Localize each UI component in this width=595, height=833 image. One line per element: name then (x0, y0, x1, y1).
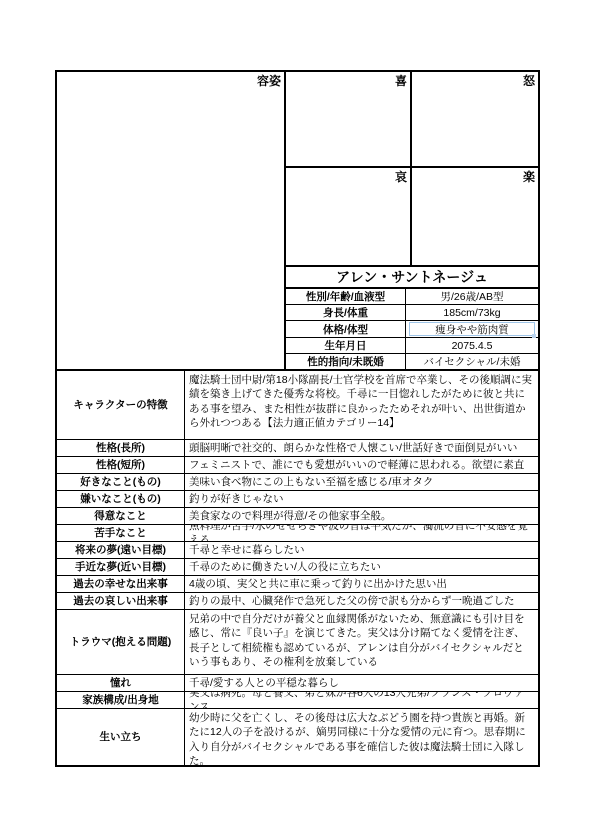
emotion-label-fun: 楽 (523, 168, 535, 185)
detail-value: 美食家なので料理が得意/その他家事全般。 (185, 508, 538, 524)
detail-row-good-at: 得意なこと 美食家なので料理が得意/その他家事全般。 (57, 508, 538, 525)
detail-row-features: キャラクターの特徴 魔法騎士団中尉/第18小隊副長/士官学校を首席で卒業し、その… (57, 371, 538, 440)
profile-label: 生年月日 (286, 338, 406, 353)
detail-row-near-dream: 手近な夢(近い目標) 千尋のために働きたい/人の役に立ちたい (57, 559, 538, 576)
detail-row-trauma: トラウマ(抱える問題) 兄弟の中で自分だけが養父と血縁関係がないため、無意識にも… (57, 610, 538, 675)
detail-label: 憧れ (57, 675, 185, 691)
field-handle (532, 334, 536, 338)
detail-row-dislikes: 嫌いなこと(もの) 釣りが好きじゃない (57, 491, 538, 508)
detail-label: 嫌いなこと(もの) (57, 491, 185, 507)
detail-value: フェミニストで、誰にでも愛想がいいので軽薄に思われる。欲望に素直 (185, 457, 538, 473)
detail-value: 兄弟の中で自分だけが養父と血縁関係がないため、無意識にも引け目を感じ、常に『良い… (185, 610, 538, 674)
emotion-grid: 喜 怒 哀 楽 (286, 72, 538, 267)
emotion-label-sorrow: 哀 (395, 168, 407, 185)
profile-label: 体格/体型 (286, 321, 406, 337)
detail-value: 千尋と幸せに暮らしたい (185, 542, 538, 558)
detail-label: 過去の幸せな出来事 (57, 576, 185, 592)
profile-row-build: 体格/体型 痩身やや筋肉質 (286, 321, 538, 338)
emotion-box-sorrow: 哀 (286, 168, 412, 267)
character-sheet: 容姿 喜 怒 哀 楽 アレン・サントネージュ 性別/年齢/血液型 (55, 70, 540, 767)
top-right-column: 喜 怒 哀 楽 アレン・サントネージュ 性別/年齢/血液型 男/26歳/AB型 (286, 72, 538, 369)
detail-label: 好きなこと(もの) (57, 474, 185, 490)
detail-label: 得意なこと (57, 508, 185, 524)
detail-value: 幼少時に父を亡くし、その後母は広大なぶどう園を持つ貴族と再婚。新たに12人の子を… (185, 709, 538, 765)
detail-label: 苦手なこと (57, 525, 185, 541)
profile-value: バイセクシャル/未婚 (406, 354, 538, 369)
profile-label: 身長/体重 (286, 305, 406, 320)
detail-label: 生い立ち (57, 709, 185, 765)
detail-label: 過去の哀しい出来事 (57, 593, 185, 609)
detail-value: 魚料理が苦手/水のせせらぎや波の音は平気だが、濁流の音に不安感を覚える (185, 525, 538, 541)
detail-value: 千尋のために働きたい/人の役に立ちたい (185, 559, 538, 575)
detail-value: 千尋/愛する人との平穏な暮らし (185, 675, 538, 691)
profile-row-birthday: 生年月日 2075.4.5 (286, 338, 538, 354)
profile-row-height-weight: 身長/体重 185cm/73kg (286, 305, 538, 321)
detail-label: 将来の夢(遠い目標) (57, 542, 185, 558)
detail-label: キャラクターの特徴 (57, 371, 185, 439)
emotion-label-joy: 喜 (395, 72, 407, 89)
profile-row-orientation: 性的指向/未既婚 バイセクシャル/未婚 (286, 354, 538, 369)
detail-row-bad-at: 苦手なこと 魚料理が苦手/水のせせらぎや波の音は平気だが、濁流の音に不安感を覚え… (57, 525, 538, 542)
detail-value: 美味い食べ物にこの上もない至福を感じる/車オタク (185, 474, 538, 490)
emotion-box-anger: 怒 (412, 72, 538, 168)
detail-value: 釣りの最中、心臓発作で急死した父の傍で訳も分からず一晩過ごした (185, 593, 538, 609)
detail-row-personality-strength: 性格(長所) 頭脳明晰で社交的、朗らかな性格で人懐こい/世話好きで面倒見がいい (57, 440, 538, 457)
profile-label: 性的指向/未既婚 (286, 354, 406, 369)
detail-row-sad-memory: 過去の哀しい出来事 釣りの最中、心臓発作で急死した父の傍で訳も分からず一晩過ごし… (57, 593, 538, 610)
character-name: アレン・サントネージュ (286, 267, 538, 289)
details-table: キャラクターの特徴 魔法騎士団中尉/第18小隊副長/士官学校を首席で卒業し、その… (57, 371, 538, 765)
profile-label: 性別/年齢/血液型 (286, 289, 406, 304)
detail-value: 頭脳明晰で社交的、朗らかな性格で人懐こい/世話好きで面倒見がいい (185, 440, 538, 456)
detail-row-family: 家族構成/出身地 実父は病死。母と養父、弟と妹が各6人の13人兄弟/フランス・プ… (57, 692, 538, 709)
detail-label: 性格(長所) (57, 440, 185, 456)
profile-value: 185cm/73kg (406, 305, 538, 320)
emotion-label-anger: 怒 (523, 72, 535, 89)
detail-row-happy-memory: 過去の幸せな出来事 4歳の頃、実父と共に車に乗って釣りに出かけた思い出 (57, 576, 538, 593)
detail-row-personality-weakness: 性格(短所) フェミニストで、誰にでも愛想がいいので軽薄に思われる。欲望に素直 (57, 457, 538, 474)
build-field-box[interactable]: 痩身やや筋肉質 (409, 322, 535, 336)
detail-label: 性格(短所) (57, 457, 185, 473)
detail-label: 手近な夢(近い目標) (57, 559, 185, 575)
detail-label: トラウマ(抱える問題) (57, 610, 185, 674)
detail-value: 魔法騎士団中尉/第18小隊副長/士官学校を首席で卒業し、その後順調に実績を築き上… (185, 371, 538, 439)
profile-value: 2075.4.5 (406, 338, 538, 353)
profile-value: 男/26歳/AB型 (406, 289, 538, 304)
detail-row-admiration: 憧れ 千尋/愛する人との平穏な暮らし (57, 675, 538, 692)
appearance-label: 容姿 (257, 72, 281, 89)
emotion-box-fun: 楽 (412, 168, 538, 267)
detail-row-future-dream: 将来の夢(遠い目標) 千尋と幸せに暮らしたい (57, 542, 538, 559)
detail-row-likes: 好きなこと(もの) 美味い食べ物にこの上もない至福を感じる/車オタク (57, 474, 538, 491)
profile-value: 痩身やや筋肉質 (406, 321, 538, 337)
detail-value: 実父は病死。母と養父、弟と妹が各6人の13人兄弟/フランス・プロヴァンス (185, 692, 538, 708)
profile-table: 性別/年齢/血液型 男/26歳/AB型 身長/体重 185cm/73kg 体格/… (286, 289, 538, 369)
detail-value: 4歳の頃、実父と共に車に乗って釣りに出かけた思い出 (185, 576, 538, 592)
appearance-box: 容姿 (57, 72, 286, 369)
detail-value: 釣りが好きじゃない (185, 491, 538, 507)
detail-row-upbringing: 生い立ち 幼少時に父を亡くし、その後母は広大なぶどう園を持つ貴族と再婚。新たに1… (57, 709, 538, 765)
top-section: 容姿 喜 怒 哀 楽 アレン・サントネージュ 性別/年齢/血液型 (57, 72, 538, 371)
profile-row-sex-age-blood: 性別/年齢/血液型 男/26歳/AB型 (286, 289, 538, 305)
emotion-box-joy: 喜 (286, 72, 412, 168)
detail-label: 家族構成/出身地 (57, 692, 185, 708)
